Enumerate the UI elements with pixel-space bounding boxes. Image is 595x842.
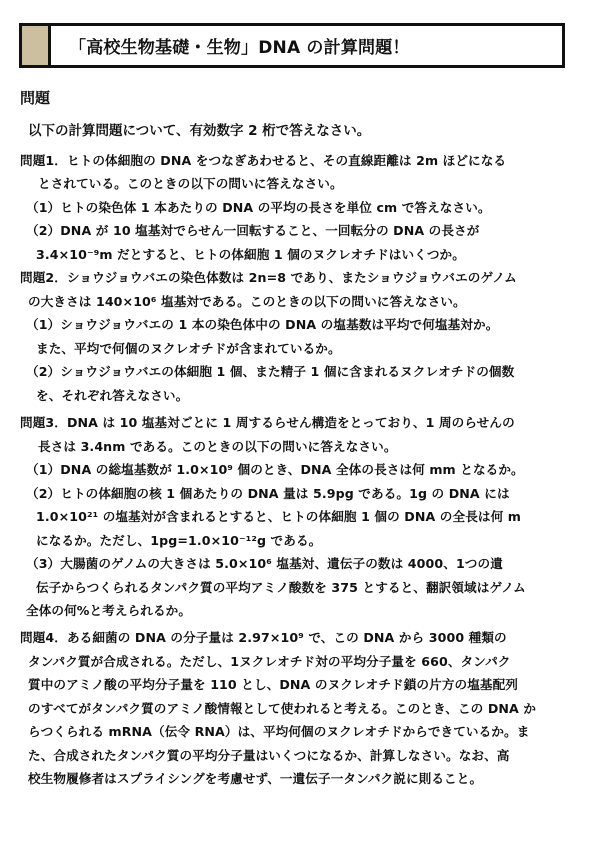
question-line: を、それぞれ答えなさい。 [36, 385, 188, 404]
question-line: また、平均で何個のヌクレオチドが含まれているか。 [36, 338, 341, 357]
question-line: 3.4×10⁻⁹m だとすると、ヒトの体細胞 1 個のヌクレオチドはいくつか。 [36, 244, 465, 263]
section-heading: 問題 [20, 87, 50, 108]
question-line: 問題4．ある細菌の DNA の分子量は 2.97×10⁹ で、この DNA から… [20, 627, 507, 646]
question-line: 問題3．DNA は 10 塩基対ごとに 1 周するらせん構造をとっており、1 周… [20, 412, 515, 431]
question-line: タンパク質が合成される。ただし、1ヌクレオチド対の平均分子量を 660、タンパク [28, 651, 510, 670]
question-line: 問題2．ショウジョウバエの染色体数は 2n=8 であり、またショウジョウバエのゲ… [20, 267, 517, 286]
question-line: た、合成されたタンパク質の平均分子量はいくつになるか、計算しなさい。なお、高 [28, 745, 509, 764]
question-line: 長さは 3.4nm である。このときの以下の問いに答えなさい。 [38, 436, 397, 455]
title-accent-bar [22, 26, 51, 65]
question-line: （3）大腸菌のゲノムの大きさは 5.0×10⁶ 塩基対、遺伝子の数は 4000、… [26, 553, 503, 572]
title-box: 「高校生物基礎・生物」DNA の計算問題！ [19, 23, 565, 68]
question-line: のすべてがタンパク質のアミノ酸情報として使われると考える。このとき、この DNA… [28, 698, 536, 717]
question-line: の大きさは 140×10⁶ 塩基対である。このときの以下の問いに答えなさい。 [28, 291, 466, 310]
question-line: 1.0×10²¹ の塩基対が含まれるとすると、ヒトの体細胞 1 個の DNA の… [36, 506, 521, 525]
question-line: （1）DNA の総塩基数が 1.0×10⁹ 個のとき、DNA 全体の長さは何 m… [26, 459, 524, 478]
question-line: とされている。このときの以下の問いに答えなさい。 [38, 173, 343, 192]
question-line: （2）DNA が 10 塩基対でらせん一回転すること、一回転分の DNA の長さ… [26, 220, 479, 239]
instruction-text: 以下の計算問題について、有効数字 2 桁で答えなさい。 [28, 119, 370, 139]
question-line: （1）ショウジョウバエの 1 本の染色体中の DNA の塩基数は平均で何塩基対か… [26, 314, 498, 333]
question-line: 校生物履修者はスプライシングを考慮せず、一遺伝子一タンパク説に則ること。 [28, 768, 482, 787]
question-line: になるか。ただし、1pg=1.0×10⁻¹²g である。 [36, 530, 321, 549]
question-line: （1）ヒトの染色体 1 本あたりの DNA の平均の長さを単位 cm で答えなさ… [26, 197, 491, 216]
question-line: 質中のアミノ酸の平均分子量を 110 とし、DNA のヌクレオチド鎖の片方の塩基… [28, 674, 518, 693]
page-title: 「高校生物基礎・生物」DNA の計算問題！ [51, 26, 562, 65]
question-line: （2）ヒトの体細胞の核 1 個あたりの DNA 量は 5.9pg である。1g … [26, 483, 510, 502]
question-line: （2）ショウジョウバエの体細胞 1 個、また精子 1 個に含まれるヌクレオチドの… [26, 361, 514, 380]
question-line: らつくられる mRNA（伝令 RNA）は、平均何個のヌクレオチドからできているか… [28, 721, 529, 740]
question-line: 伝子からつくられるタンパク質の平均アミノ酸数を 375 とすると、翻訳領域はゲノ… [36, 577, 526, 596]
question-line: 問題1．ヒトの体細胞の DNA をつなぎあわせると、その直線距離は 2m ほどに… [20, 150, 506, 169]
question-line: 全体の何%と考えられるか。 [26, 600, 191, 619]
